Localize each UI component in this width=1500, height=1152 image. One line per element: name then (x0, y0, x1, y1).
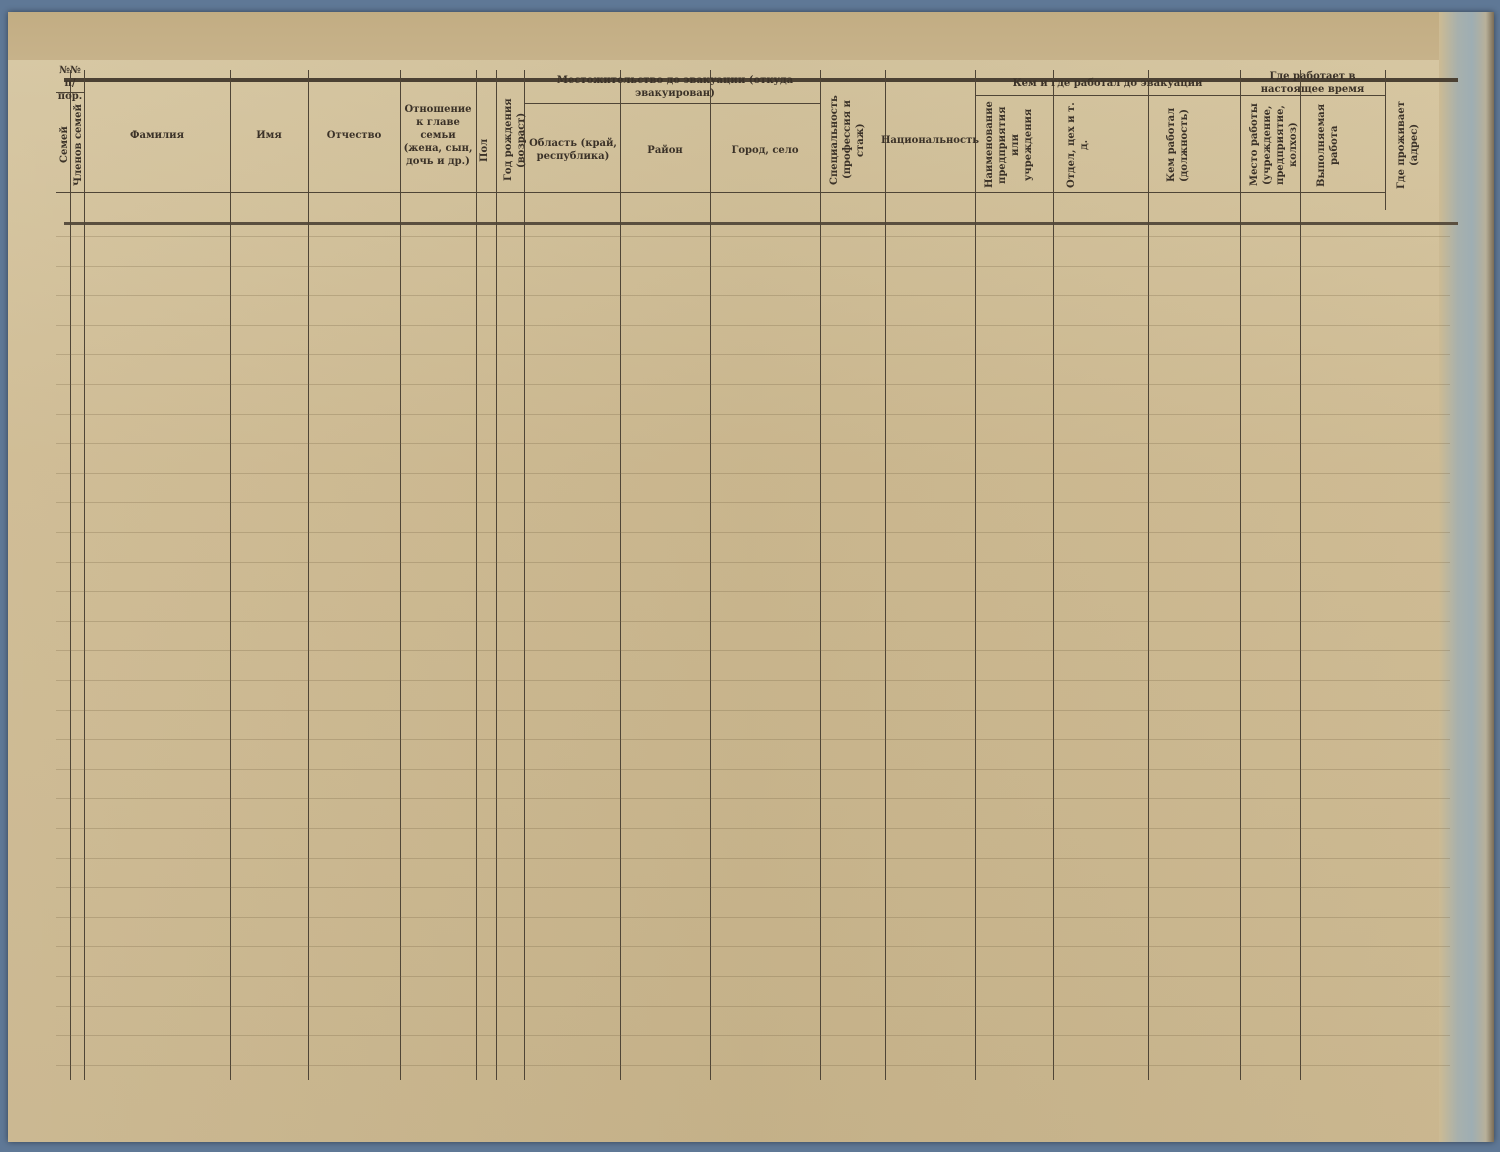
ruled-line (56, 680, 1450, 681)
column-divider (70, 70, 71, 1080)
column-divider (496, 70, 497, 1080)
header-work-now-group: Где работает в настоящее время (1240, 72, 1385, 94)
column-divider (308, 70, 309, 1080)
ruled-line (56, 562, 1450, 563)
ruled-line (56, 354, 1450, 355)
header-region: Область (край, республика) (526, 120, 620, 180)
ruled-line (56, 976, 1450, 977)
header-sex: Пол (478, 120, 494, 180)
ruled-line (56, 1006, 1450, 1007)
ruled-line (56, 236, 1450, 237)
ruled-line (56, 1035, 1450, 1036)
ruled-line (56, 739, 1450, 740)
header-col19: Где проживает (адрес) (1395, 100, 1435, 190)
ruled-line (56, 325, 1450, 326)
column-divider (1385, 70, 1386, 210)
column-divider (1148, 70, 1149, 1080)
column-divider (400, 70, 401, 1080)
ruled-line (56, 1065, 1450, 1066)
header-families: Семей (58, 100, 70, 190)
ruled-line (56, 650, 1450, 651)
header-nationality: Национальность (885, 110, 975, 170)
column-divider (975, 70, 976, 1080)
ruled-line (56, 473, 1450, 474)
header-surname: Фамилия (84, 110, 230, 160)
column-divider (1053, 70, 1054, 1080)
ruled-line (56, 414, 1450, 415)
header-members: Членов семей (72, 100, 84, 190)
ruled-line (56, 798, 1450, 799)
header-num-group: №№ п/пор. (56, 72, 84, 94)
header-bottom-rule (64, 222, 1458, 225)
header-patronymic: Отчество (308, 110, 400, 160)
column-divider (230, 70, 231, 1080)
ruled-line (56, 946, 1450, 947)
ruled-line (56, 266, 1450, 267)
column-divider (820, 70, 821, 1080)
ruled-line (56, 710, 1450, 711)
header-residence-group: Местожительство до эвакуации (откуда эва… (530, 72, 820, 102)
column-divider (1240, 70, 1241, 1080)
column-divider (1300, 70, 1301, 1080)
header-enterprise: Наименование предприятия или учреждения (983, 100, 1043, 190)
header-specialty: Специальность (профессия и стаж) (828, 95, 876, 185)
header-workplace-now: Место работы (учреждение, предприятие, к… (1248, 100, 1296, 190)
header-position: Кем работал (должность) (1165, 100, 1225, 190)
ruled-line (56, 502, 1450, 503)
page-top-margin (8, 12, 1494, 60)
column-divider (84, 70, 85, 1080)
group-header-rule (524, 103, 820, 104)
header-name: Имя (230, 110, 308, 160)
header-relation: Отношение к главе семьи (жена, сын, дочь… (400, 90, 476, 180)
ruled-line (56, 887, 1450, 888)
column-divider (524, 70, 525, 1080)
ruled-line (56, 769, 1450, 770)
header-work-before-group: Кем и где работал до эвакуации (975, 72, 1240, 94)
column-divider (710, 70, 711, 1080)
column-number-rule (56, 192, 1385, 193)
ruled-line (56, 858, 1450, 859)
column-divider (476, 70, 477, 1080)
header-job-now: Выполняемая работа (1315, 100, 1355, 190)
ruled-line (56, 384, 1450, 385)
column-divider (885, 70, 886, 1080)
header-district: Район (620, 130, 710, 170)
group-header-rule (975, 95, 1240, 96)
ruled-line (56, 591, 1450, 592)
ledger-page: №№ п/пор.СемейЧленов семейФамилияИмяОтче… (8, 12, 1494, 1142)
book-binding (1439, 12, 1494, 1142)
header-town: Город, село (710, 130, 820, 170)
ruled-line (56, 532, 1450, 533)
column-divider (620, 70, 621, 1080)
ruled-line (56, 443, 1450, 444)
header-department: Отдел, цех и т. д. (1065, 100, 1125, 190)
ruled-line (56, 295, 1450, 296)
header-birth-year: Год рождения (возраст) (502, 95, 522, 185)
ruled-line (56, 917, 1450, 918)
ruled-line (56, 828, 1450, 829)
ruled-line (56, 621, 1450, 622)
